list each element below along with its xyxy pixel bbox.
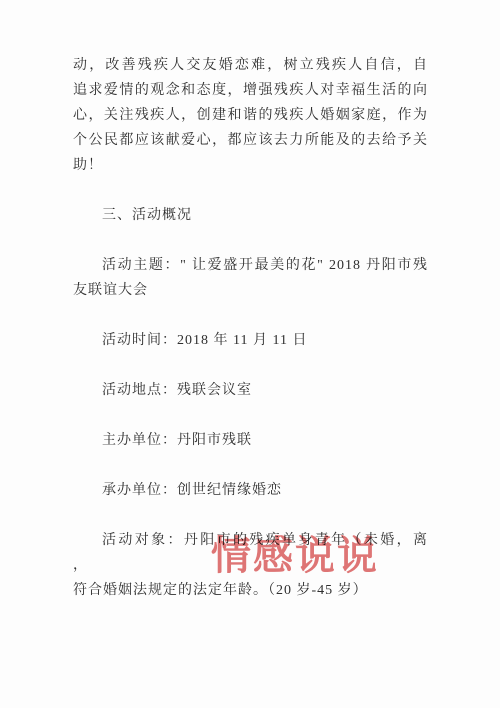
paragraph: 动，改善残疾人交友婚恋难，树立残疾人自信，自强，勇敢追求爱情的观念和态度，增强残… bbox=[73, 53, 428, 178]
text-line: 活动对象：丹阳市的残疾单身青年（未婚，离婚，丧偶） bbox=[73, 528, 428, 553]
document-body: 动，改善残疾人交友婚恋难，树立残疾人自信，自强，勇敢追求爱情的观念和态度，增强残… bbox=[73, 53, 428, 603]
text-line: 动，改善残疾人交友婚恋难，树立残疾人自信，自强，勇敢 bbox=[73, 53, 428, 78]
text-line: 追求爱情的观念和态度，增强残疾人对幸福生活的向往和信 bbox=[73, 78, 428, 103]
text-line: ， bbox=[73, 553, 428, 578]
text-line: 个公民都应该献爱心，都应该去力所能及的去给予关爱和帮 bbox=[73, 128, 428, 153]
paragraph: 主办单位：丹阳市残联 bbox=[73, 428, 428, 453]
document-page: 动，改善残疾人交友婚恋难，树立残疾人自信，自强，勇敢追求爱情的观念和态度，增强残… bbox=[0, 0, 500, 708]
paragraph: 活动对象：丹阳市的残疾单身青年（未婚，离婚，丧偶），符合婚姻法规定的法定年龄。（… bbox=[73, 528, 428, 603]
text-line: 主办单位：丹阳市残联 bbox=[73, 428, 428, 453]
text-line: 友联谊大会 bbox=[73, 278, 428, 303]
paragraph: 三、活动概况 bbox=[73, 203, 428, 228]
text-line: 助！ bbox=[73, 153, 428, 178]
text-line: 心，关注残疾人，创建和谐的残疾人婚姻家庭，作为我们每 bbox=[73, 103, 428, 128]
text-line: 活动主题：" 让爱盛开最美的花" 2018 丹阳市残疾人交 bbox=[73, 253, 428, 278]
text-line: 承办单位：创世纪情缘婚恋 bbox=[73, 478, 428, 503]
text-line: 活动地点：残联会议室 bbox=[73, 378, 428, 403]
paragraph: 活动时间：2018 年 11 月 11 日 bbox=[73, 328, 428, 353]
text-line: 三、活动概况 bbox=[73, 203, 428, 228]
text-line: 符合婚姻法规定的法定年龄。（20 岁-45 岁） bbox=[73, 578, 428, 603]
text-line: 活动时间：2018 年 11 月 11 日 bbox=[73, 328, 428, 353]
paragraph: 活动地点：残联会议室 bbox=[73, 378, 428, 403]
paragraph: 活动主题：" 让爱盛开最美的花" 2018 丹阳市残疾人交友联谊大会 bbox=[73, 253, 428, 303]
paragraph: 承办单位：创世纪情缘婚恋 bbox=[73, 478, 428, 503]
